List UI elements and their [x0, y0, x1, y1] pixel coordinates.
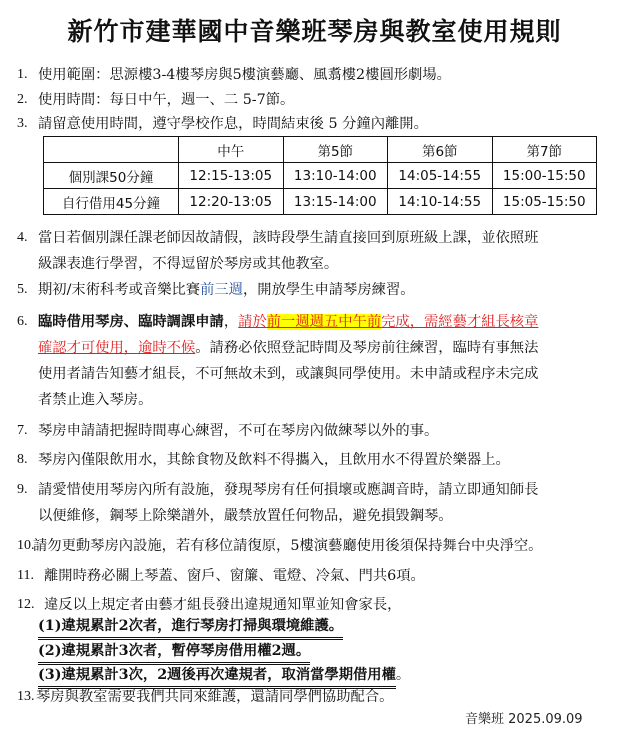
item-text: 請愛惜使用琴房內所有設施，發現琴房有任何損壞或應調音時，請立即通知師長 — [38, 477, 613, 503]
table-header-cell: 第5節 — [283, 137, 388, 163]
item-number: 5. — [17, 277, 28, 303]
item-text: 請勿更動琴房內設施，若有移位請復原，5樓演藝廳使用後須保持舞台中央淨空。 — [33, 533, 629, 559]
item-text: 以便維修，鋼琴上除樂譜外，嚴禁放置任何物品，避免損毀鋼琴。 — [38, 503, 613, 529]
table-cell: 13:15-14:00 — [283, 189, 388, 215]
emphasis-text: 前三週 — [200, 282, 243, 298]
item-text-part: 期初/末術科考或音樂比賽 — [38, 282, 200, 298]
signature: 音樂班 2025.09.09 — [465, 708, 583, 727]
item-text-part: ， — [224, 314, 238, 330]
table-header-cell: 第7節 — [492, 137, 597, 163]
item-text: 琴房與教室需要我們共同來維護，還請同學們協助配合。 — [36, 684, 611, 710]
item-text: 離開時務必關上琴蓋、窗戶、窗簾、電燈、冷氣、門共6項。 — [44, 563, 619, 589]
warning-text: 請於 — [238, 314, 267, 330]
table-cell: 12:15-13:05 — [179, 163, 284, 189]
table-header-row: 中午 第5節 第6節 第7節 — [44, 137, 597, 163]
item-text: 使用時間：每日中午，週一、二 5-7節。 — [38, 87, 613, 113]
item-text: 臨時借用琴房、臨時調課申請，請於前一週週五中午前完成，需經藝才組長核章 — [38, 309, 613, 335]
table-cell: 12:20-13:05 — [179, 189, 284, 215]
item-text-part: 。請務必依照登記時間及琴房前往練習，臨時有事無法 — [195, 340, 538, 356]
item-number: 7. — [17, 418, 28, 444]
item-text-part: 。 — [396, 667, 410, 683]
table-header-cell: 第6節 — [388, 137, 493, 163]
item-text: 使用範圍：思源樓3-4樓琴房與5樓演藝廳、風翥樓2樓圓形劇場。 — [38, 62, 613, 88]
item-number: 13. — [17, 684, 35, 710]
item-text: 當日若個別課任課老師因故請假，該時段學生請直接回到原班級上課，並依照班 — [38, 225, 613, 251]
table-cell: 15:00-15:50 — [492, 163, 597, 189]
item-number: 2. — [17, 87, 28, 113]
item-text: 琴房內僅限飲用水，其餘食物及飲料不得攜入，且飲用水不得置於樂器上。 — [38, 447, 613, 473]
warning-text: 完成，需經藝才組長核章 — [381, 314, 538, 330]
item-number: 12. — [17, 592, 35, 618]
bold-heading: 臨時借用琴房、臨時調課申請 — [38, 314, 224, 330]
schedule-table: 中午 第5節 第6節 第7節 個別課50分鐘 12:15-13:05 13:10… — [43, 136, 597, 215]
table-cell: 14:10-14:55 — [388, 189, 493, 215]
page-title: 新竹市建華國中音樂班琴房與教室使用規則 — [0, 12, 629, 48]
item-number: 3. — [17, 111, 28, 137]
item-number: 6. — [17, 309, 28, 335]
item-number: 10. — [17, 533, 35, 559]
table-row: 個別課50分鐘 12:15-13:05 13:10-14:00 14:05-14… — [44, 163, 597, 189]
item-number: 1. — [17, 62, 28, 88]
item-text: 期初/末術科考或音樂比賽前三週，開放學生申請琴房練習。 — [38, 277, 613, 303]
item-text: 請留意使用時間，遵守學校作息，時間結束後 5 分鐘內離開。 — [38, 111, 613, 137]
table-cell: 15:05-15:50 — [492, 189, 597, 215]
table-cell: 13:10-14:00 — [283, 163, 388, 189]
table-cell: 14:05-14:55 — [388, 163, 493, 189]
warning-text: 確認才可使用，逾時不候 — [38, 340, 195, 356]
item-text: 級課表進行學習，不得逗留於琴房或其他教室。 — [38, 251, 613, 277]
item-number: 11. — [17, 563, 34, 589]
item-text: 使用者請告知藝才組長，不可無故未到，或讓與同學使用。未申請或程序未完成 — [38, 361, 613, 387]
item-number: 9. — [17, 477, 28, 503]
item-number: 4. — [17, 225, 28, 251]
item-text: 者禁止進入琴房。 — [38, 387, 613, 413]
penalty-item-1: (1)違規累計2次者，進行琴房打掃與環境維護。 — [38, 615, 343, 640]
table-header-cell: 中午 — [179, 137, 284, 163]
table-cell: 自行借用45分鐘 — [44, 189, 179, 215]
penalty-item-2: (2)違規累計3次者，暫停琴房借用權2週。 — [38, 640, 310, 665]
item-text: 琴房申請請把握時間專心練習，不可在琴房內做練琴以外的事。 — [38, 418, 613, 444]
item-number: 8. — [17, 447, 28, 473]
item-text: 確認才可使用，逾時不候。請務必依照登記時間及琴房前往練習，臨時有事無法 — [38, 335, 613, 361]
table-row: 自行借用45分鐘 12:20-13:05 13:15-14:00 14:10-1… — [44, 189, 597, 215]
table-cell: 個別課50分鐘 — [44, 163, 179, 189]
table-header-cell — [44, 137, 179, 163]
highlighted-deadline: 前一週週五中午前 — [267, 314, 381, 330]
item-text-part: ，開放學生申請琴房練習。 — [243, 282, 415, 298]
